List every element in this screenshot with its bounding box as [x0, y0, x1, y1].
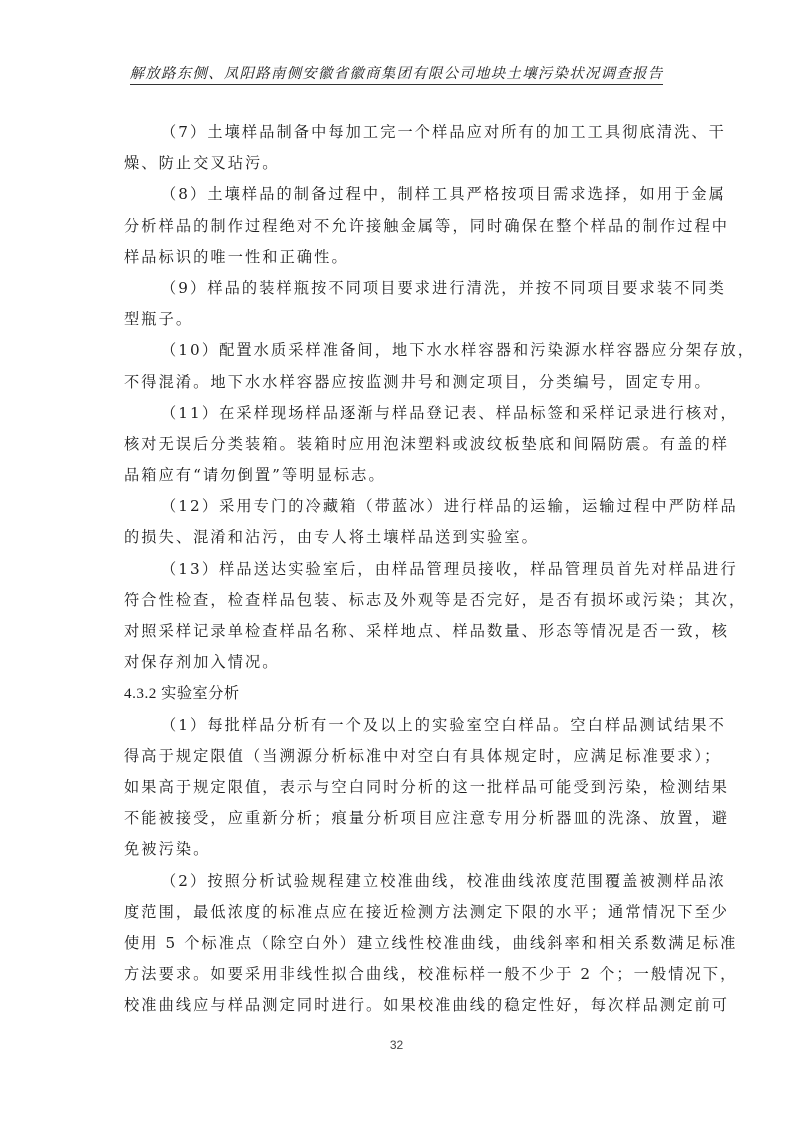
text-line: 对照采样记录单检查样品名称、采样地点、样品数量、形态等情况是否一致，核: [124, 616, 679, 647]
text-line: 样品标识的唯一性和正确性。: [124, 242, 679, 273]
text-line: 燥、防止交叉玷污。: [124, 148, 679, 179]
section-heading: 4.3.2 实验室分析: [124, 678, 679, 709]
text-line: 不能被接受，应重新分析；痕量分析项目应注意专用分析器皿的洗涤、放置，避: [124, 803, 679, 834]
text-line: 度范围，最低浓度的标准点应在接近检测方法测定下限的水平；通常情况下至少: [124, 897, 679, 928]
text-line: 对保存剂加入情况。: [124, 647, 679, 678]
text-line: （2）按照分析试验规程建立校准曲线，校准曲线浓度范围覆盖被测样品浓: [124, 866, 679, 897]
text-line: 核对无误后分类装箱。装箱时应用泡沫塑料或波纹板垫底和间隔防震。有盖的样: [124, 429, 679, 460]
text-line: 不得混淆。地下水水样容器应按监测井号和测定项目，分类编号，固定专用。: [124, 367, 679, 398]
text-line: 方法要求。如要采用非线性拟合曲线，校准标样一般不少于 2 个；一般情况下，: [124, 959, 679, 990]
text-line: 的损失、混淆和沾污，由专人将土壤样品送到实验室。: [124, 522, 679, 553]
text-line: （10）配置水质采样准备间，地下水水样容器和污染源水样容器应分架存放，: [124, 335, 679, 366]
report-title: 解放路东侧、凤阳路南侧安徽省徽商集团有限公司地块土壤污染状况调查报告: [130, 62, 664, 85]
text-line: 免被污染。: [124, 834, 679, 865]
text-line: （13）样品送达实验室后，由样品管理员接收，样品管理员首先对样品进行: [124, 554, 679, 585]
text-line: （9）样品的装样瓶按不同项目要求进行清洗，并按不同项目要求装不同类: [124, 273, 679, 304]
text-line: （11）在采样现场样品逐渐与样品登记表、样品标签和采样记录进行核对，: [124, 398, 679, 429]
page-number: 32: [0, 1038, 793, 1052]
text-line: 型瓶子。: [124, 304, 679, 335]
text-line: 如果高于规定限值，表示与空白同时分析的这一批样品可能受到污染，检测结果: [124, 772, 679, 803]
text-line: 使用 5 个标准点（除空白外）建立线性校准曲线，曲线斜率和相关系数满足标准: [124, 928, 679, 959]
text-line: 分析样品的制作过程绝对不允许接触金属等，同时确保在整个样品的制作过程中: [124, 211, 679, 242]
text-line: 符合性检查，检查样品包装、标志及外观等是否完好，是否有损坏或污染；其次，: [124, 585, 679, 616]
text-line: （1）每批样品分析有一个及以上的实验室空白样品。空白样品测试结果不: [124, 710, 679, 741]
document-body: （7）土壤样品制备中每加工完一个样品应对所有的加工工具彻底清洗、干燥、防止交叉玷…: [124, 117, 679, 1021]
page-header: 解放路东侧、凤阳路南侧安徽省徽商集团有限公司地块土壤污染状况调查报告: [0, 62, 793, 85]
text-line: （7）土壤样品制备中每加工完一个样品应对所有的加工工具彻底清洗、干: [124, 117, 679, 148]
text-line: （12）采用专门的冷藏箱（带蓝冰）进行样品的运输，运输过程中严防样品: [124, 491, 679, 522]
text-line: 校准曲线应与样品测定同时进行。如果校准曲线的稳定性好，每次样品测定前可: [124, 990, 679, 1021]
text-line: （8）土壤样品的制备过程中，制样工具严格按项目需求选择，如用于金属: [124, 179, 679, 210]
text-line: 品箱应有“请勿倒置”等明显标志。: [124, 460, 679, 491]
text-line: 得高于规定限值（当溯源分析标准中对空白有具体规定时，应满足标准要求）；: [124, 741, 679, 772]
